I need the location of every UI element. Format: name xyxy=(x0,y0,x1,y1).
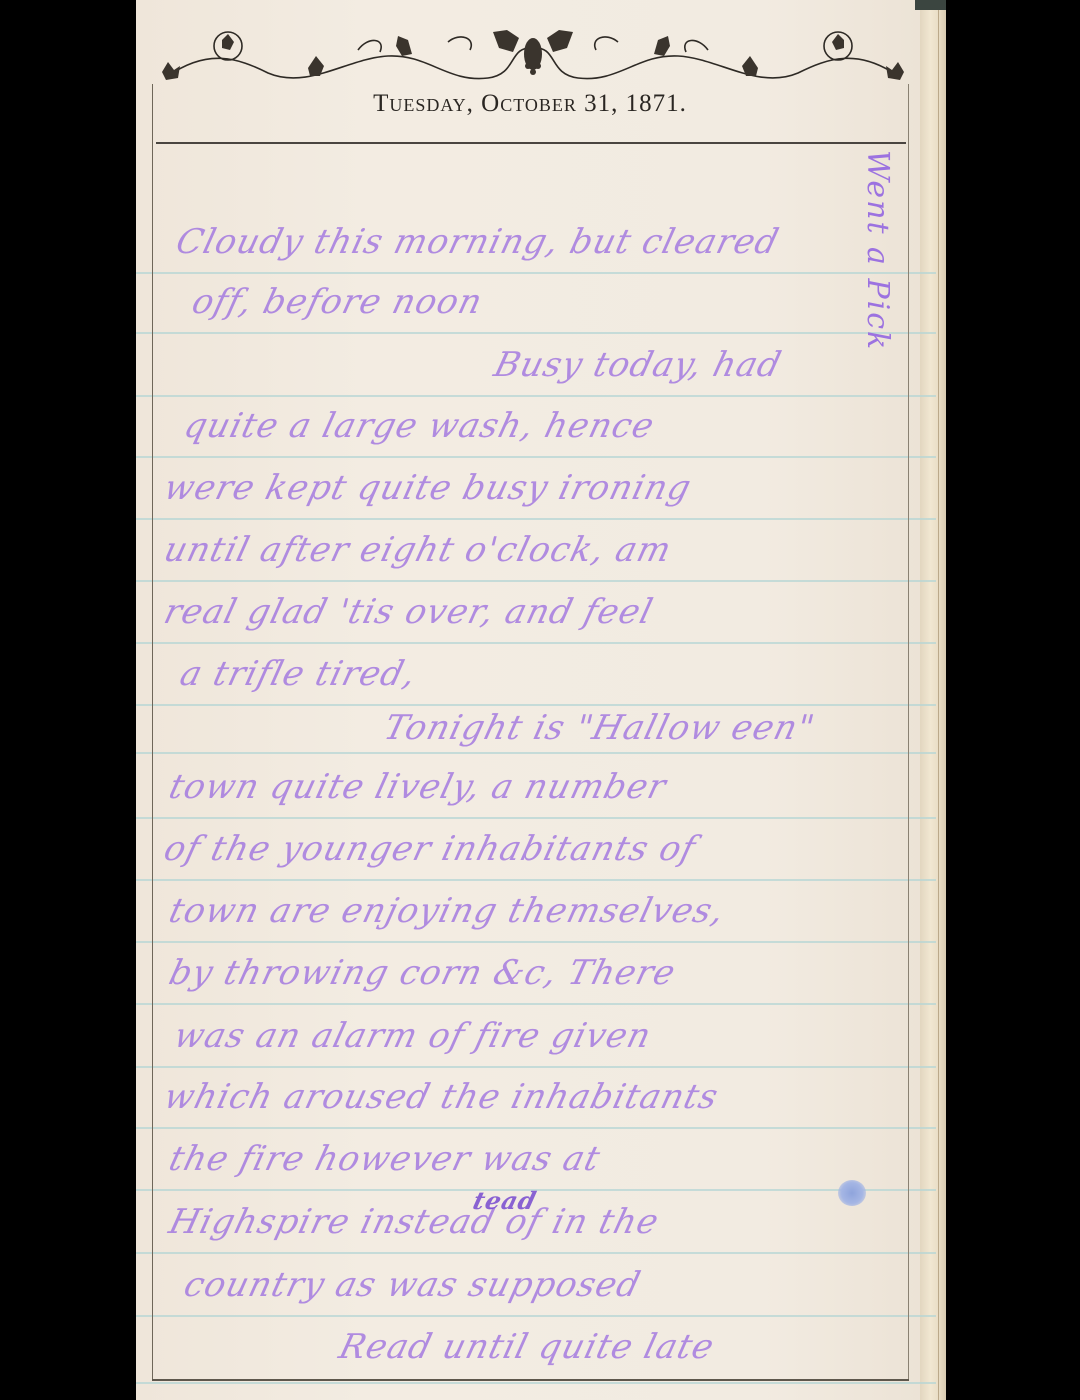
handwritten-line: which aroused the inhabitants xyxy=(160,1077,918,1117)
correction-insert: tead xyxy=(470,1186,1080,1215)
vine-ornament-icon xyxy=(148,28,918,84)
ruled-line xyxy=(136,1252,936,1254)
ruled-line xyxy=(136,817,936,819)
page-border-bottom xyxy=(152,1379,909,1381)
ink-blot xyxy=(838,1180,866,1206)
handwritten-line: the fire however was at xyxy=(165,1139,923,1179)
handwritten-line: town are enjoying themselves, xyxy=(165,891,923,931)
handwritten-line: town quite lively, a number xyxy=(165,767,923,807)
ruled-line xyxy=(136,752,936,754)
ruled-line xyxy=(136,1066,936,1068)
ruled-line xyxy=(136,1382,936,1384)
ruled-line xyxy=(136,456,936,458)
handwritten-line: of the younger inhabitants of xyxy=(160,829,918,869)
handwritten-line: country as was supposed xyxy=(180,1265,938,1305)
ruled-line xyxy=(136,1315,936,1317)
ruled-line xyxy=(136,1127,936,1129)
margin-note: Went a Pick xyxy=(860,150,895,351)
ruled-line xyxy=(136,580,936,582)
handwritten-line: was an alarm of fire given xyxy=(170,1016,928,1056)
ruled-line xyxy=(136,272,936,274)
ruled-line xyxy=(136,879,936,881)
handwritten-line: Busy today, had xyxy=(490,345,1080,385)
ruled-line xyxy=(136,1003,936,1005)
handwritten-line: Read until quite late xyxy=(335,1327,1080,1367)
book-binding xyxy=(915,0,946,10)
ruled-line xyxy=(136,518,936,520)
handwritten-line: quite a large wash, hence xyxy=(180,406,938,446)
handwritten-line: until after eight o'clock, am xyxy=(160,530,918,570)
handwritten-line: Cloudy this morning, but cleared xyxy=(172,222,930,262)
page-date-title: Tuesday, October 31, 1871. xyxy=(152,90,908,118)
handwritten-line: off, before noon xyxy=(188,282,946,322)
ruled-line xyxy=(136,395,936,397)
handwritten-line: a trifle tired, xyxy=(176,654,934,694)
handwritten-line: real glad 'tis over, and feel xyxy=(160,592,918,632)
handwritten-line: Tonight is "Hallow een" xyxy=(380,708,1080,748)
handwritten-line: by throwing corn &c, There xyxy=(165,953,923,993)
ruled-line xyxy=(136,332,936,334)
ruled-line xyxy=(136,642,936,644)
ruled-line xyxy=(136,704,936,706)
title-underline xyxy=(156,142,906,144)
page-border-left xyxy=(152,84,153,1380)
handwritten-line: were kept quite busy ironing xyxy=(160,468,918,508)
ruled-line xyxy=(136,941,936,943)
